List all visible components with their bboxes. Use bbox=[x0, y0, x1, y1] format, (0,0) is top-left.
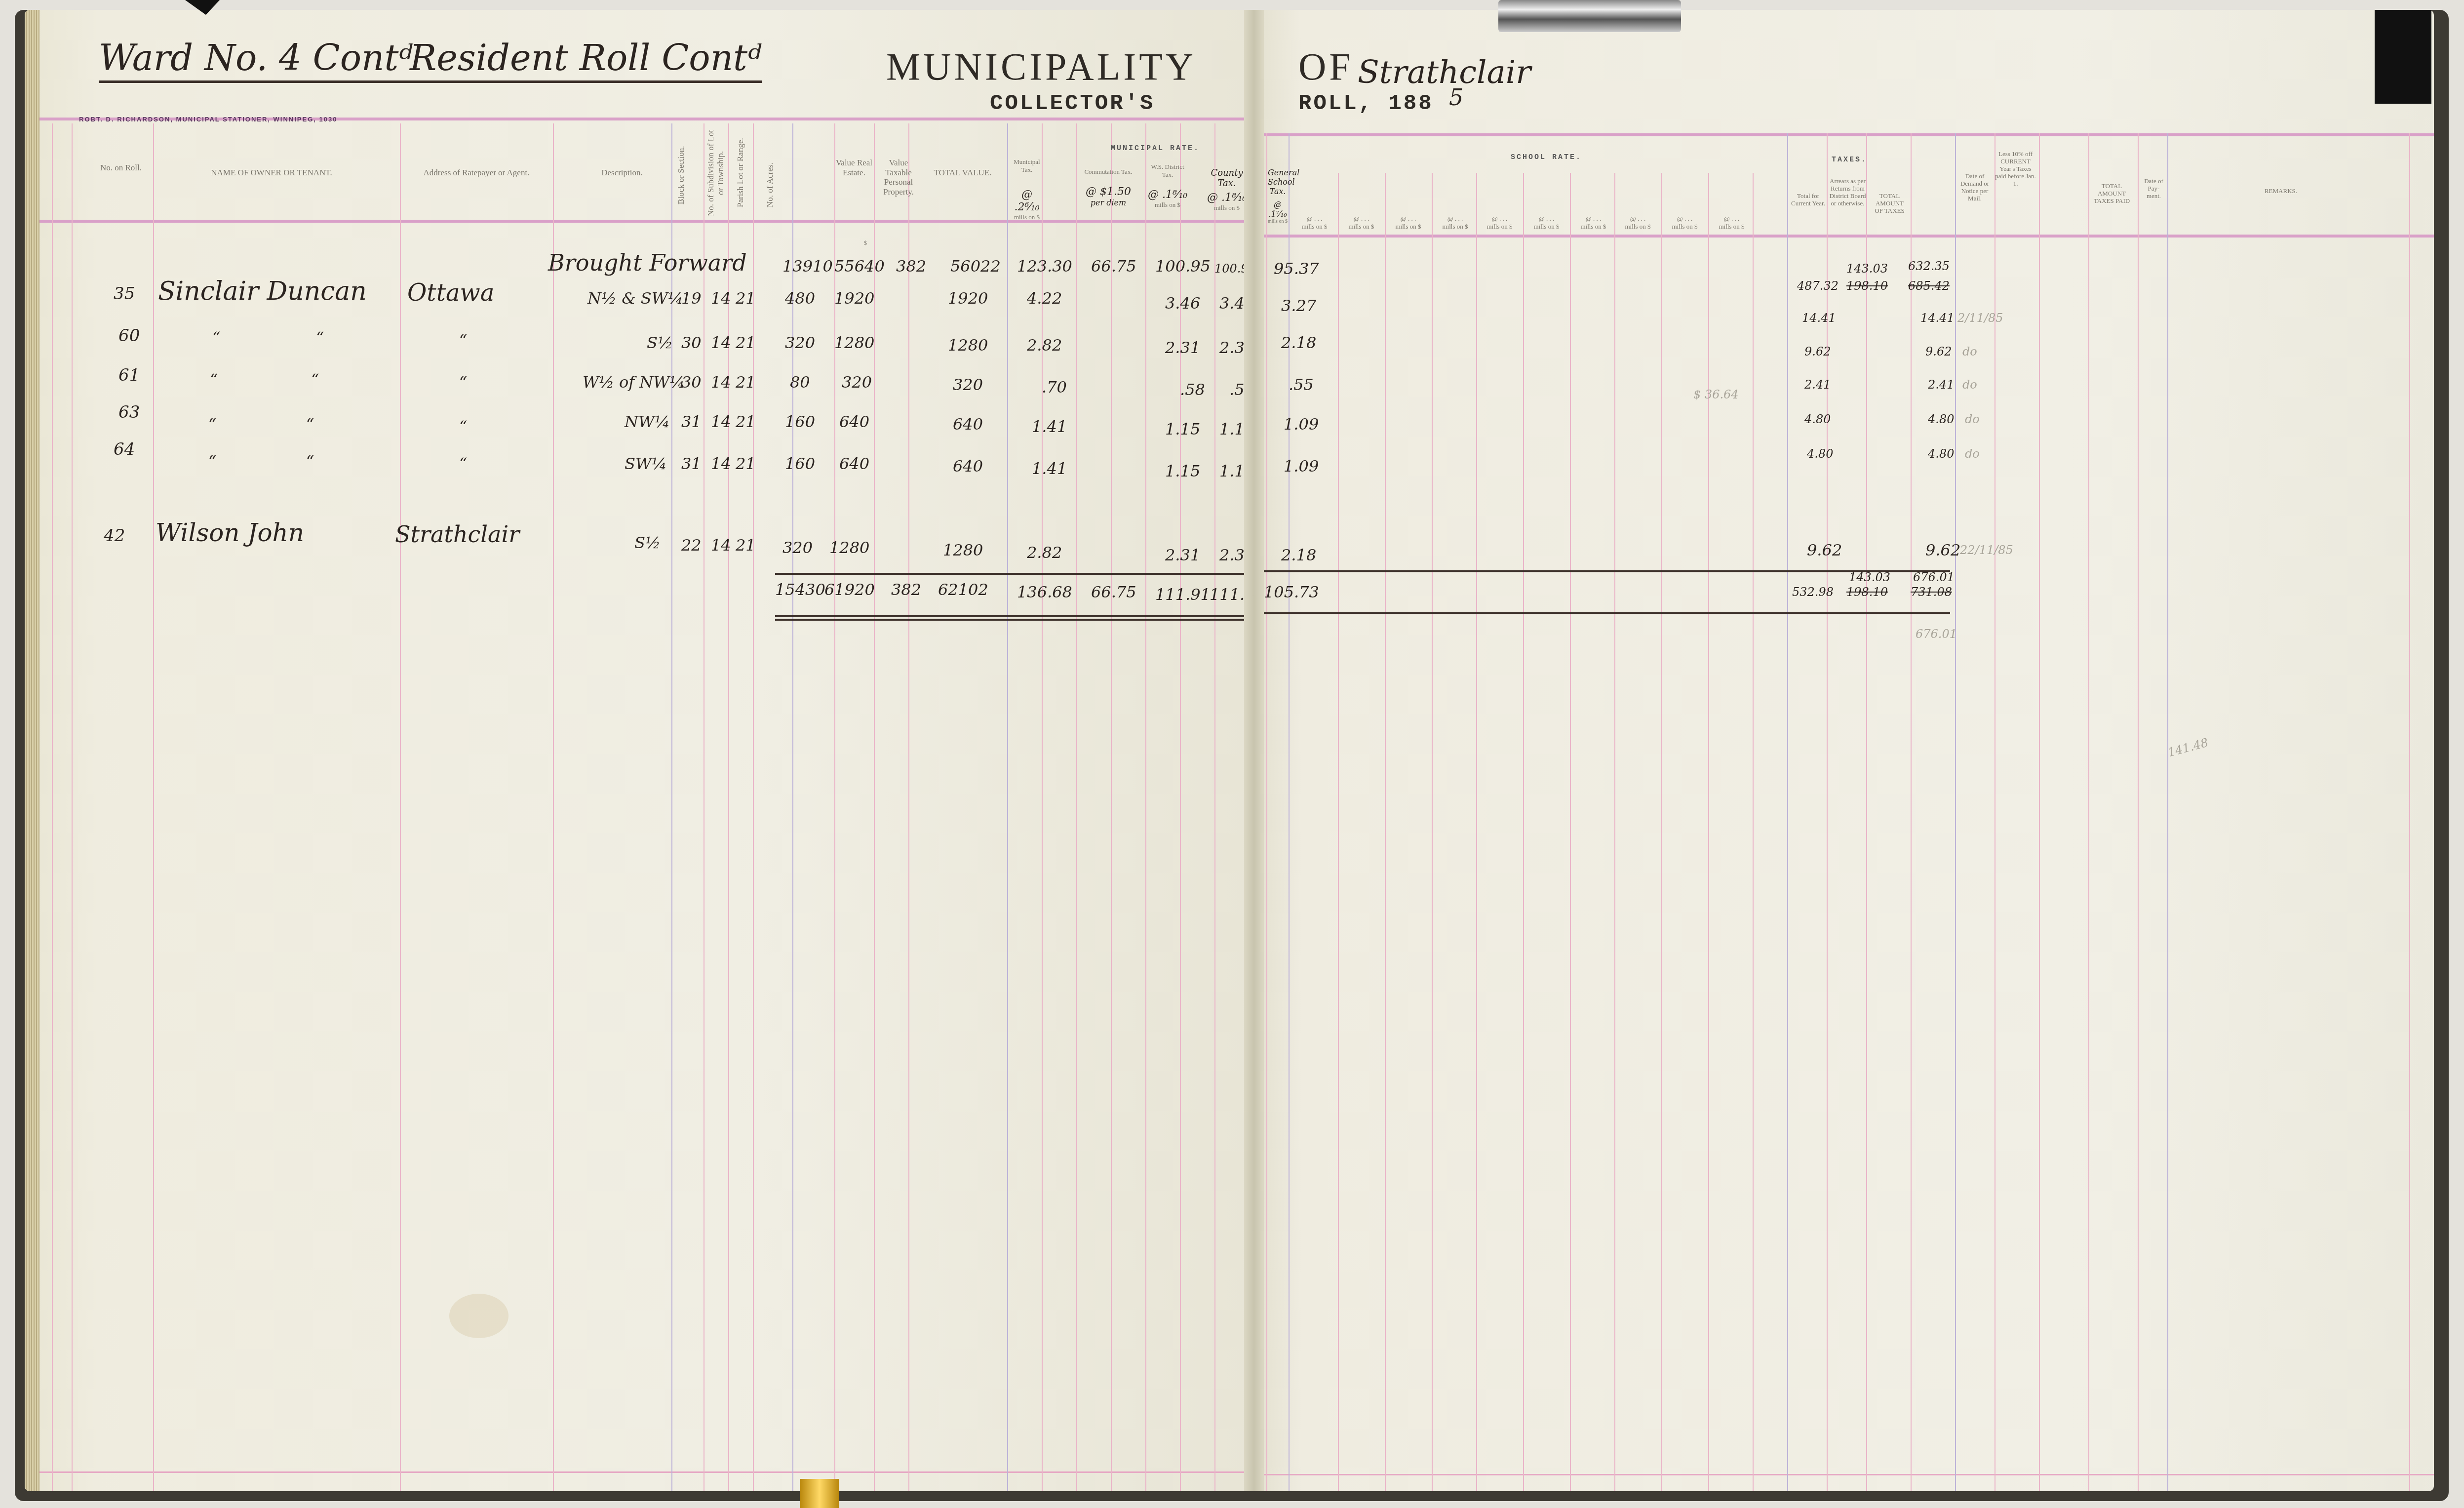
row-general-school-tax: 1.09 bbox=[1284, 457, 1319, 476]
section-municipal-rate: MUNICIPAL RATE. bbox=[1111, 144, 1200, 153]
row-address: Strathclair bbox=[395, 521, 519, 548]
row-no: 64 bbox=[114, 439, 135, 459]
page-edges bbox=[25, 10, 39, 1491]
row-value-real-estate: 640 bbox=[839, 454, 869, 473]
row-acres: 480 bbox=[785, 289, 815, 308]
row-description: S½ bbox=[647, 333, 673, 352]
row-township: 14 bbox=[711, 373, 731, 392]
header-top-rule bbox=[1254, 133, 2434, 136]
row-no: 42 bbox=[104, 526, 125, 546]
col-school-rate-6: @ . . .mills on $ bbox=[1525, 215, 1567, 231]
col-total-amount-taxes: TOTAL AMOUNT OF TAXES bbox=[1871, 193, 1908, 215]
row-range: 21 bbox=[736, 536, 756, 555]
row-total-current-year: 9.62 bbox=[1804, 345, 1831, 358]
bf-value-real-estate: 55640 bbox=[834, 257, 885, 276]
row-description: NW¼ bbox=[625, 412, 670, 431]
row-value-real-estate: 640 bbox=[839, 412, 869, 431]
dollar-marker: $ bbox=[864, 239, 867, 247]
row-acres: 80 bbox=[790, 373, 810, 392]
ward-heading: Ward No. 4 Contᵈ bbox=[99, 37, 413, 83]
col-school-rate-8: @ . . .mills on $ bbox=[1617, 215, 1659, 231]
row-total-taxes: 9.62 bbox=[1925, 345, 1952, 358]
row-total-taxes: 2.41 bbox=[1928, 378, 1954, 392]
total-municipal-tax: 136.68 bbox=[1017, 583, 1072, 601]
row-value-real-estate: 1280 bbox=[834, 333, 874, 352]
row-township: 14 bbox=[711, 289, 731, 308]
section-taxes: TAXES. bbox=[1832, 156, 1867, 164]
col-municipal-tax: Municipal Tax. @ .2⁶⁄₁₀ mills on $ bbox=[1010, 158, 1044, 221]
row-name: Sinclair Duncan bbox=[158, 277, 367, 306]
row-general-school-tax: .55 bbox=[1289, 375, 1314, 394]
row-total-value: 1280 bbox=[943, 541, 983, 559]
row-total-value: 1280 bbox=[948, 336, 988, 355]
row-acres: 320 bbox=[785, 333, 815, 352]
row-name-ditto: “ bbox=[306, 452, 314, 471]
row-township: 14 bbox=[711, 333, 731, 352]
col-general-school-tax: General School Tax. @ .1⁷⁄₁₀ mills on $ bbox=[1268, 168, 1288, 224]
col-remarks: REMARKS. bbox=[2231, 188, 2330, 195]
col-subdivision: No. of Subdivision of Lot or Township. bbox=[706, 128, 726, 217]
row-district-tax: .58 bbox=[1180, 380, 1205, 399]
year-digit: 5 bbox=[1449, 84, 1463, 111]
double-total-rule bbox=[775, 615, 1254, 617]
col-description: Description. bbox=[573, 168, 671, 178]
row-value-real-estate: 320 bbox=[842, 373, 872, 392]
row-total-current-year: 2.41 bbox=[1804, 378, 1831, 392]
row-date-payment: do bbox=[1965, 412, 1980, 426]
row-total-value: 320 bbox=[953, 375, 983, 394]
total-arrears-corrected: 143.03 bbox=[1849, 570, 1890, 584]
book-gutter bbox=[1244, 10, 1264, 1491]
footer-rule bbox=[39, 1471, 1254, 1473]
col-date-demand: Date of Demand or Notice per Mail. bbox=[1957, 173, 1992, 202]
col-arrears: Arrears as per Returns from District Boa… bbox=[1829, 178, 1866, 207]
col-address: Address of Ratepayer or Agent. bbox=[400, 168, 553, 178]
col-parish-lot: Parish Lot or Range. bbox=[736, 128, 745, 217]
metal-clip-top bbox=[1498, 0, 1681, 32]
row-total-taxes: 4.80 bbox=[1928, 412, 1954, 426]
row-description: N½ & SW¼ bbox=[587, 289, 683, 308]
total-current-year: 532.98 bbox=[1792, 585, 1834, 599]
footer-rule bbox=[1254, 1474, 2434, 1475]
row-name-ditto: “ bbox=[208, 415, 216, 434]
row-address-ditto: “ bbox=[459, 373, 467, 392]
row-total-current-year: 14.41 bbox=[1802, 311, 1836, 325]
row-section: 22 bbox=[681, 536, 702, 555]
row-total-taxes: 14.41 bbox=[1920, 311, 1955, 325]
row-township: 14 bbox=[711, 412, 731, 431]
row-value-real-estate: 1280 bbox=[829, 538, 869, 557]
col-school-rate-7: @ . . .mills on $ bbox=[1572, 215, 1614, 231]
bf-general-school-tax: 95.37 bbox=[1274, 259, 1319, 278]
row-township: 14 bbox=[711, 454, 731, 473]
bf-value-personal: 382 bbox=[896, 257, 926, 276]
pencil-total: 676.01 bbox=[1916, 627, 1957, 641]
row-name-ditto: “ bbox=[210, 370, 218, 389]
header-bottom-rule bbox=[1254, 235, 2434, 238]
col-total-value: TOTAL VALUE. bbox=[933, 168, 992, 178]
row-name-ditto: “ bbox=[208, 452, 216, 471]
total-commutation-tax: 66.75 bbox=[1091, 583, 1136, 601]
row-general-school-tax: 2.18 bbox=[1281, 546, 1316, 564]
bf-municipal-tax: 123.30 bbox=[1017, 257, 1072, 276]
row-date-payment: 22/11/85 bbox=[1960, 543, 2013, 557]
row-no: 60 bbox=[118, 326, 140, 346]
row-general-school-tax: 1.09 bbox=[1284, 415, 1319, 434]
total-arrears-struck: 198.10 bbox=[1846, 585, 1888, 599]
row-range: 21 bbox=[736, 412, 756, 431]
row-address: Ottawa bbox=[407, 279, 494, 307]
title-of: OF bbox=[1298, 44, 1354, 89]
row-total-taxes: 4.80 bbox=[1928, 447, 1954, 461]
col-school-rate-9: @ . . .mills on $ bbox=[1664, 215, 1706, 231]
col-value-real-estate: Value Real Estate. bbox=[829, 158, 879, 177]
row-general-school-tax: 3.27 bbox=[1281, 296, 1316, 315]
total-general-school-tax: 105.73 bbox=[1264, 583, 1319, 601]
row-date-payment: do bbox=[1962, 345, 1977, 358]
row-value-real-estate: 1920 bbox=[834, 289, 874, 308]
roll-type-heading: Resident Roll Contᵈ bbox=[410, 37, 762, 83]
printer-imprint: ROBT. D. RICHARDSON, MUNICIPAL STATIONER… bbox=[79, 116, 337, 123]
pencil-remarks-note: 141.48 bbox=[2166, 736, 2210, 760]
col-total-current-year: Total for Current Year. bbox=[1790, 193, 1827, 207]
row-description: S½ bbox=[634, 533, 661, 552]
title-municipality: MUNICIPALITY bbox=[886, 44, 1196, 89]
row-district-tax: 2.31 bbox=[1165, 338, 1200, 357]
row-date-payment: do bbox=[1965, 447, 1980, 461]
col-no-on-roll: No. on Roll. bbox=[99, 163, 143, 173]
row-municipal-tax: .70 bbox=[1042, 378, 1067, 397]
row-acres: 160 bbox=[785, 412, 815, 431]
total-taxes-corrected: 676.01 bbox=[1913, 570, 1955, 584]
binder-clip-right bbox=[2375, 10, 2431, 104]
municipality-name: Strathclair bbox=[1358, 54, 1531, 91]
row-description: SW¼ bbox=[625, 454, 667, 473]
row-description: W½ of NW¼ bbox=[583, 373, 685, 392]
total-value-personal: 382 bbox=[891, 580, 921, 599]
row-township: 14 bbox=[711, 536, 731, 555]
col-county-tax: County Tax. @ .1⁸⁄₁₀ mills on $ bbox=[1205, 168, 1249, 212]
col-acres: No. of Acres. bbox=[765, 153, 775, 217]
row-section: 30 bbox=[681, 333, 702, 352]
col-name: NAME OF OWNER OR TENANT. bbox=[188, 168, 355, 178]
row-total-value: 1920 bbox=[948, 289, 988, 308]
row-section: 31 bbox=[681, 454, 702, 473]
row-range: 21 bbox=[736, 454, 756, 473]
row-name: Wilson John bbox=[156, 518, 304, 547]
col-school-rate-3: @ . . .mills on $ bbox=[1387, 215, 1429, 231]
row-municipal-tax: 2.82 bbox=[1027, 543, 1062, 562]
brought-forward-label: Brought Forward bbox=[548, 249, 747, 276]
bf-total-value: 56022 bbox=[950, 257, 1001, 276]
row-section: 30 bbox=[681, 373, 702, 392]
row-address-ditto: “ bbox=[459, 454, 467, 473]
title-roll-year: ROLL, 188 bbox=[1298, 91, 1434, 116]
row-name-ditto: “ bbox=[316, 328, 324, 347]
row-district-tax: 2.31 bbox=[1165, 546, 1200, 564]
row-general-school-tax: 2.18 bbox=[1281, 333, 1316, 352]
paper-stain bbox=[449, 1294, 508, 1338]
bf-total-current-year: 487.32 bbox=[1797, 279, 1838, 293]
row-total-current-year: 4.80 bbox=[1804, 412, 1831, 426]
row-no: 35 bbox=[114, 284, 135, 304]
row-total-current-year: 4.80 bbox=[1807, 447, 1833, 461]
gold-clip-bottom bbox=[800, 1479, 839, 1508]
header-bottom-rule bbox=[39, 220, 1254, 223]
total-rule bbox=[1254, 570, 1950, 572]
row-municipal-tax: 4.22 bbox=[1027, 289, 1062, 308]
right-page: OF Strathclair ROLL, 188 5 General Scho bbox=[1254, 10, 2434, 1491]
total-total-value: 62102 bbox=[938, 580, 988, 599]
col-school-rate-10: @ . . .mills on $ bbox=[1711, 215, 1753, 231]
col-date-payment: Date of Pay- ment. bbox=[2140, 178, 2167, 200]
total-taxes-struck: 731.08 bbox=[1911, 585, 1952, 599]
col-value-personal: Value Taxable Personal Property. bbox=[879, 158, 918, 197]
row-address-ditto: “ bbox=[459, 417, 467, 436]
row-total-current-year: 9.62 bbox=[1807, 541, 1842, 559]
row-no: 61 bbox=[118, 365, 140, 385]
row-municipal-tax: 2.82 bbox=[1027, 336, 1062, 355]
row-district-tax: 3.46 bbox=[1165, 294, 1200, 313]
bf-district-tax: 100.95 bbox=[1155, 257, 1211, 276]
bf-commutation-tax: 66.75 bbox=[1091, 257, 1136, 276]
total-rule bbox=[775, 573, 1254, 575]
col-total-paid: TOTAL AMOUNT TAXES PAID bbox=[2088, 183, 2135, 205]
col-school-rate-2: @ . . .mills on $ bbox=[1340, 215, 1382, 231]
row-name-ditto: “ bbox=[311, 370, 319, 389]
row-no: 63 bbox=[118, 402, 140, 422]
row-address-ditto: “ bbox=[459, 331, 467, 350]
row-name-ditto: “ bbox=[212, 328, 220, 347]
bf-acres: 13910 bbox=[782, 257, 833, 276]
pencil-margin-note: $ 36.64 bbox=[1693, 388, 1739, 401]
row-district-tax: 1.15 bbox=[1165, 420, 1200, 438]
ledger-book: Ward No. 4 Contᵈ Resident Roll Contᵈ MUN… bbox=[15, 10, 2449, 1501]
row-total-value: 640 bbox=[953, 415, 983, 434]
double-total-rule bbox=[1254, 612, 1950, 614]
row-name-ditto: “ bbox=[306, 415, 314, 434]
row-acres: 160 bbox=[785, 454, 815, 473]
row-range: 21 bbox=[736, 289, 756, 308]
col-school-rate-4: @ . . .mills on $ bbox=[1434, 215, 1476, 231]
left-page: Ward No. 4 Contᵈ Resident Roll Contᵈ MUN… bbox=[25, 10, 1254, 1491]
col-less-10-percent: Less 10% off CURRENT Year's Taxes paid b… bbox=[1995, 151, 2036, 188]
total-acres: 15430 bbox=[775, 580, 825, 599]
bf-arrears-corrected: 143.03 bbox=[1846, 262, 1888, 276]
bf-total-taxes-corrected: 632.35 bbox=[1908, 259, 1950, 273]
row-municipal-tax: 1.41 bbox=[1032, 417, 1067, 436]
title-collectors: COLLECTOR'S bbox=[990, 91, 1155, 116]
row-acres: 320 bbox=[782, 538, 813, 557]
row-district-tax: 1.15 bbox=[1165, 462, 1200, 480]
row-total-value: 640 bbox=[953, 457, 983, 476]
col-block-section: Block or Section. bbox=[676, 133, 686, 217]
col-district-tax: W.S. District Tax. @ .1⁸⁄₁₀ mills on $ bbox=[1145, 163, 1190, 209]
total-district-tax: 111.91 bbox=[1155, 585, 1211, 604]
total-value-real-estate: 61920 bbox=[824, 580, 875, 599]
section-school-rate: SCHOOL RATE. bbox=[1511, 153, 1582, 161]
row-section: 19 bbox=[681, 289, 702, 308]
row-range: 21 bbox=[736, 333, 756, 352]
row-date-payment: do bbox=[1962, 378, 1977, 392]
row-section: 31 bbox=[681, 412, 702, 431]
row-range: 21 bbox=[736, 373, 756, 392]
col-school-rate-1: @ . . .mills on $ bbox=[1293, 215, 1335, 231]
bf-total-taxes-struck: 685.42 bbox=[1908, 279, 1950, 293]
row-total-taxes: 9.62 bbox=[1925, 541, 1960, 559]
row-date-payment: 2/11/85 bbox=[1957, 311, 2003, 325]
col-school-rate-5: @ . . .mills on $ bbox=[1479, 215, 1521, 231]
col-commutation-tax: Commutation Tax. @ $1.50 per diem bbox=[1076, 168, 1140, 207]
bf-arrears-struck: 198.10 bbox=[1846, 279, 1888, 293]
row-municipal-tax: 1.41 bbox=[1032, 459, 1067, 478]
